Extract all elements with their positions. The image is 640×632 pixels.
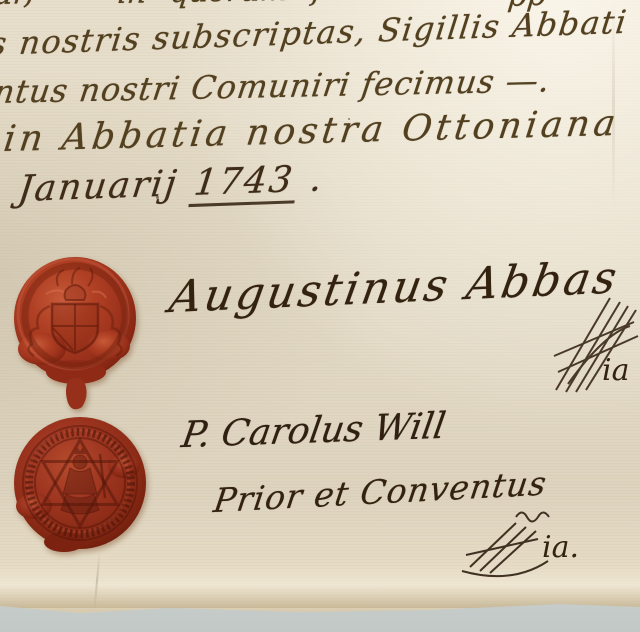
manuscript-photo: ur, in quorum fidem pp s nostris subscri… xyxy=(0,0,640,632)
date-line: Januarij 1743 . xyxy=(15,161,325,213)
date-period: . xyxy=(294,158,326,200)
wax-drip xyxy=(66,378,87,409)
text-line-4: in Abbatia nostra Ottoniana xyxy=(2,106,622,158)
paraph-tail-abbot: ia xyxy=(602,353,629,388)
paraph-flourish-prior: ia. xyxy=(458,505,618,580)
text-line-1-left: ur, xyxy=(0,0,36,10)
wax-seal-coat-of-arms xyxy=(6,246,146,421)
text-line-1-middle: in quorum fidem xyxy=(116,0,400,9)
date-month: Januarij xyxy=(16,163,194,210)
text-line-3: ntus nostri Comuniri fecimus —. xyxy=(0,64,553,108)
manuscript-paper: ur, in quorum fidem pp s nostris subscri… xyxy=(0,0,640,632)
text-line-2: s nostris subscriptas, Sigillis Abbati xyxy=(0,6,629,60)
helm xyxy=(65,285,86,300)
paraph-tail-prior: ia. xyxy=(542,530,579,565)
wax-seal-convent xyxy=(4,406,154,566)
signature-carolus-will: P. Carolus Will xyxy=(179,409,448,454)
year-underlined: 1743 xyxy=(188,162,299,207)
paraph-flourish-abbot: ia xyxy=(548,292,640,397)
